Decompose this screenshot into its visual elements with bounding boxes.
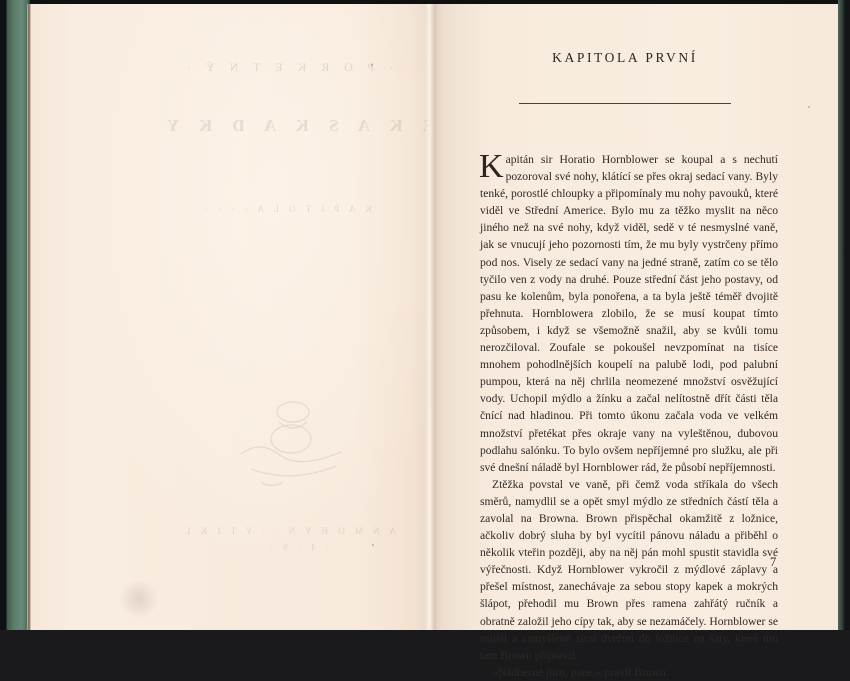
bleed-through-illustration-icon (221, 394, 361, 494)
bleed-through-text: · P O R K E T N Ý · (181, 60, 393, 75)
board-edge (27, 4, 31, 630)
drop-cap: K (479, 153, 504, 181)
chapter-title: KAPITOLA PRVNÍ (520, 50, 730, 66)
paper-speck (371, 64, 373, 66)
bleed-through-text: K A P I T O L A · · · · (201, 204, 372, 214)
left-page: · P O R K E T N Ý · P Á Z T E K A S K A … (31, 4, 433, 630)
book-cover-left (0, 0, 30, 630)
paper-speck (372, 544, 374, 546)
book-gutter (425, 4, 443, 630)
page-number: 7 (770, 555, 776, 570)
paragraph: Kapitán sir Horatio Hornblower se koupal… (480, 151, 778, 476)
paragraph-text: apitán sir Horatio Hornblower se koupal … (480, 153, 778, 474)
bleed-through-text: · 4 · 9 · (266, 542, 329, 552)
paragraph: Ztěžka povstal ve vaně, při čemž voda st… (480, 476, 778, 630)
book-spread: · P O R K E T N Ý · P Á Z T E K A S K A … (0, 0, 850, 630)
paper-speck (808, 106, 810, 108)
book-cover-right (838, 0, 850, 630)
chapter-rule-divider (519, 103, 731, 104)
chapter-body: Kapitán sir Horatio Hornblower se koupal… (480, 151, 778, 630)
page-stain (119, 579, 159, 619)
